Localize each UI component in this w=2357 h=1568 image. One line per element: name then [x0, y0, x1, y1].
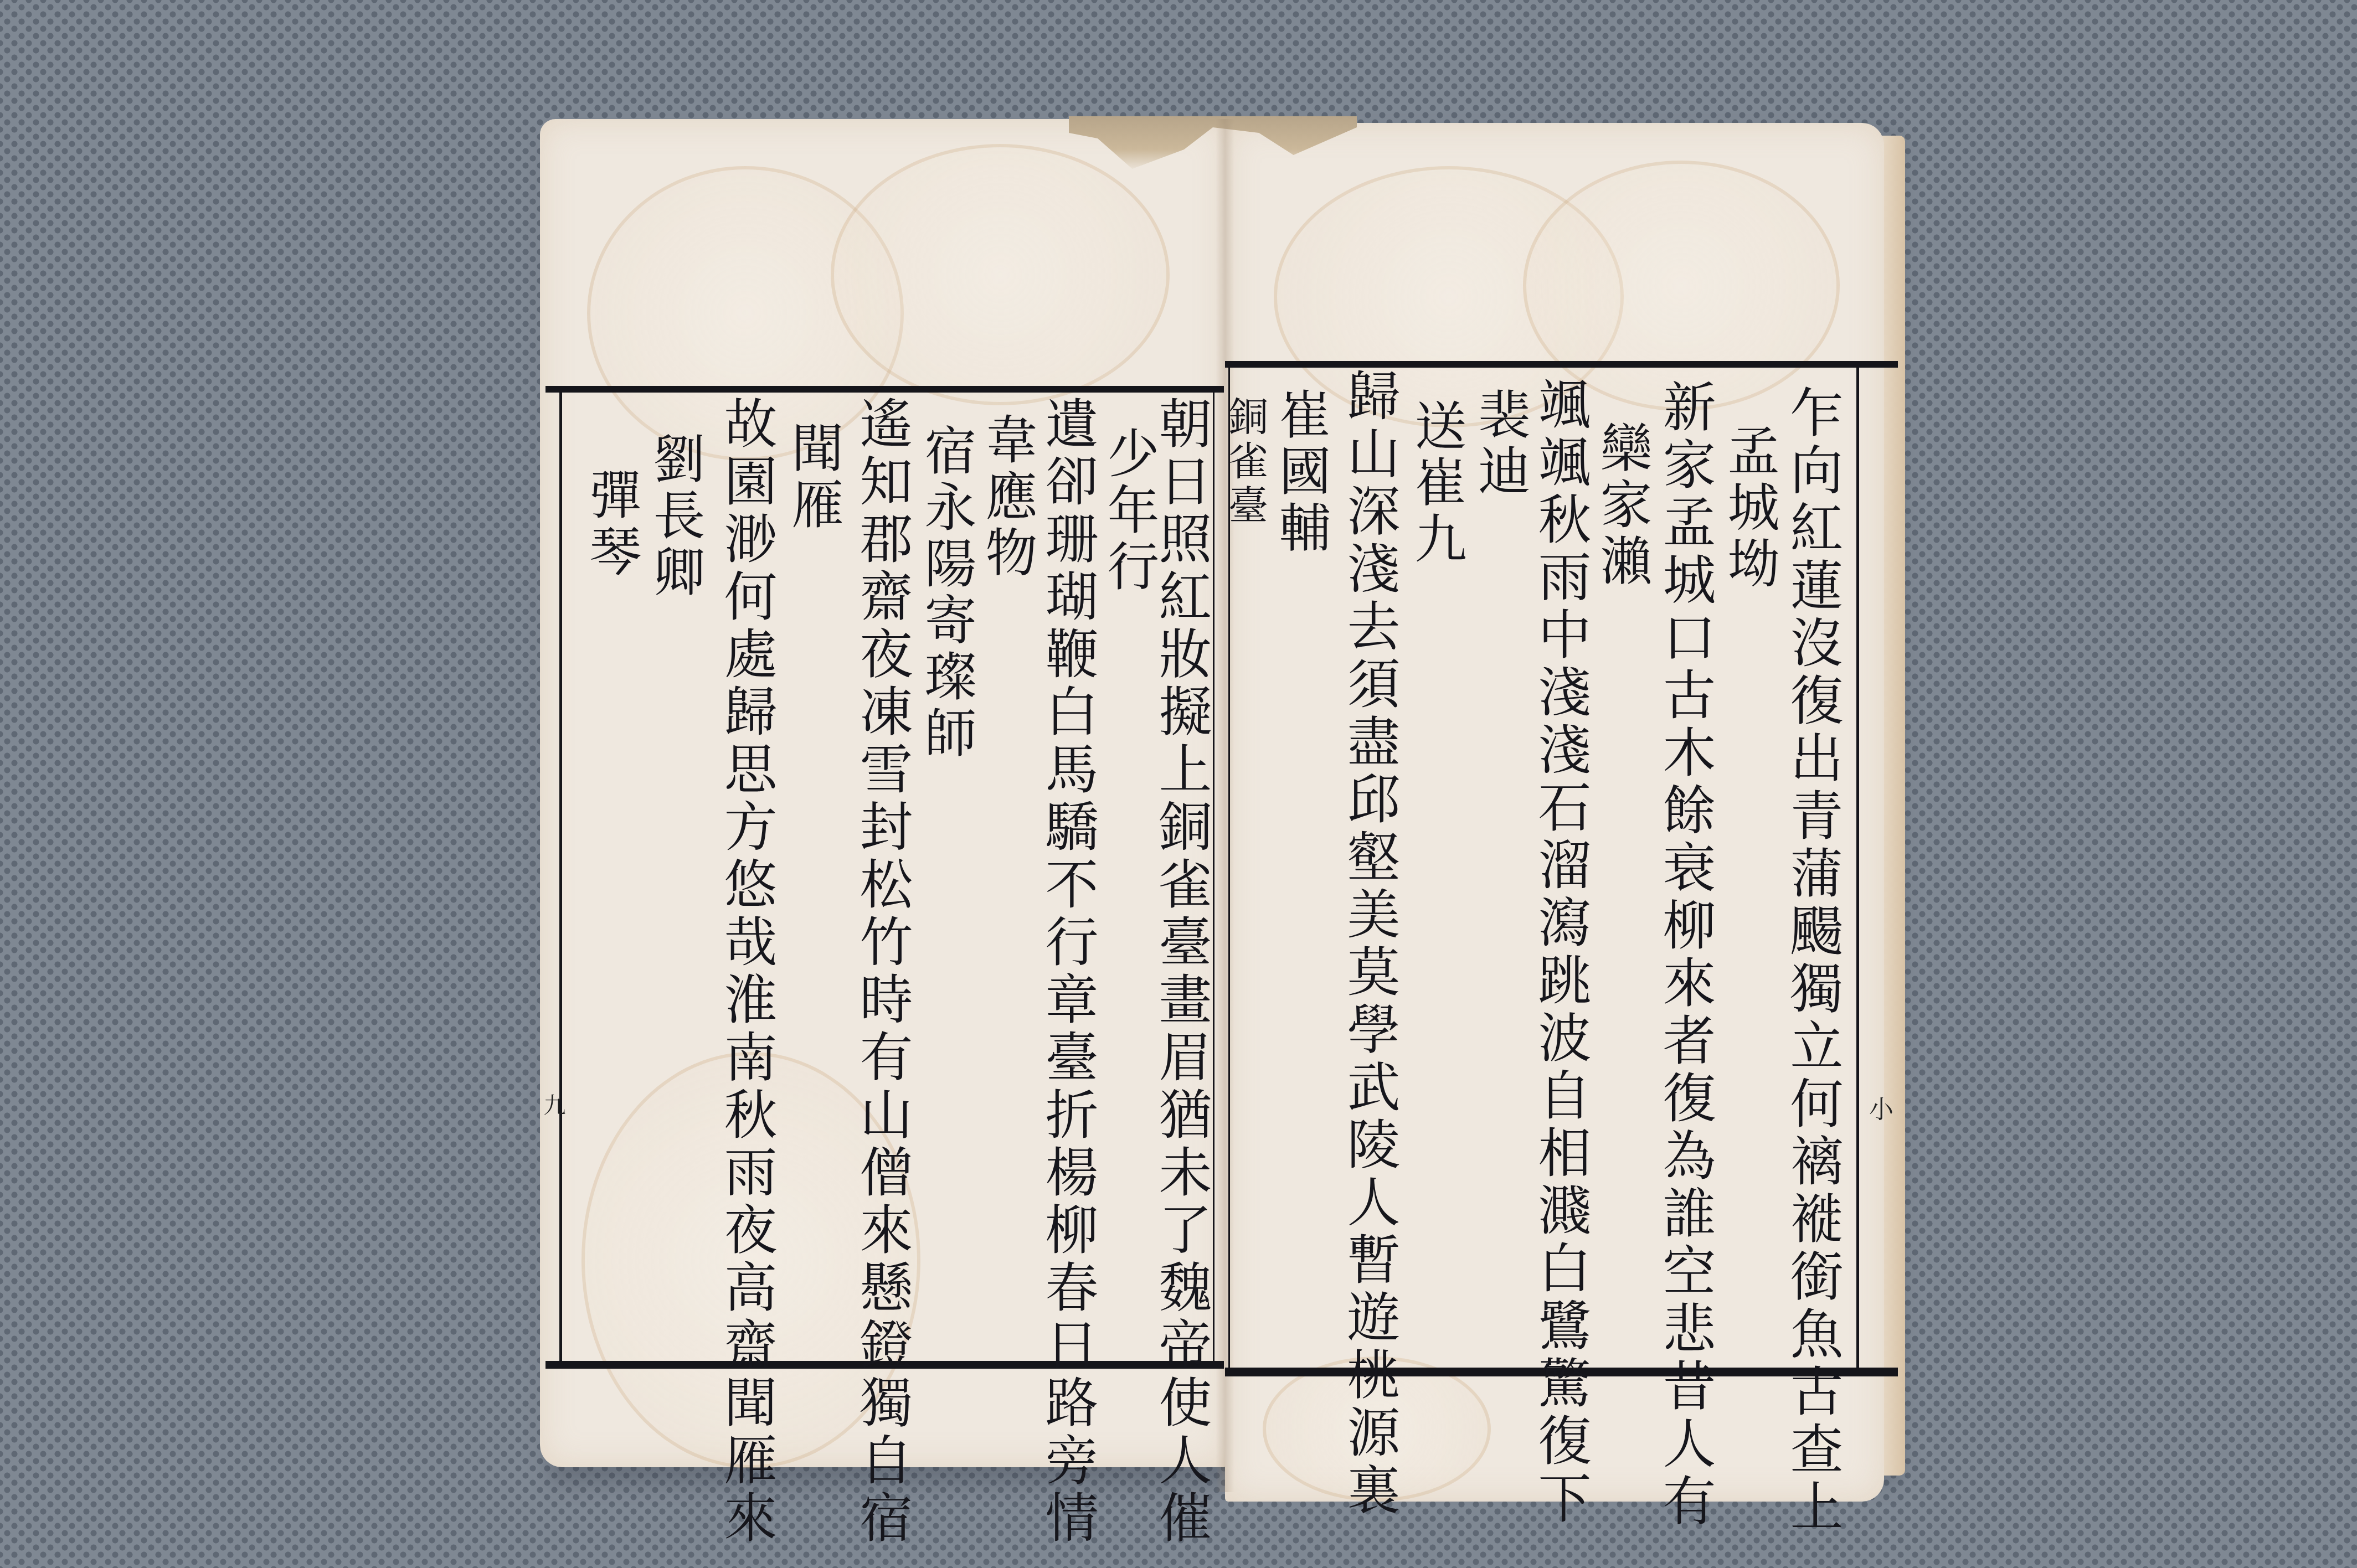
water-stain [831, 144, 1170, 405]
left-frame-outer [559, 392, 562, 1362]
right-col-8: 歸山深淺去須盡邱壑美莫學武陵人暫遊桃源裏 [1343, 368, 1396, 1520]
left-col-1: 朝日照紅妝擬上銅雀臺畫眉猶未了魏帝使人催 [1155, 396, 1208, 1548]
right-frame-outer [1856, 367, 1859, 1369]
left-col-3: 遺卻珊瑚鞭白馬驕不行章臺折楊柳春日路旁情 [1041, 396, 1094, 1548]
right-top-rule [1225, 361, 1898, 368]
water-stain [1523, 161, 1840, 411]
right-col-2: 孟城坳 [1722, 424, 1774, 593]
left-col-4: 韋應物 [980, 412, 1032, 582]
right-col-1: 乍向紅蓮沒復出青蒲颺獨立何褵褷銜魚古查上 [1786, 385, 1839, 1536]
left-col-6: 遙知郡齋夜凍雪封松竹時有山僧來懸鐙獨自宿 [856, 396, 909, 1548]
left-col-7: 聞雁 [786, 421, 838, 534]
right-col-6: 裴迪 [1473, 388, 1525, 501]
right-col-3: 新家孟城口古木餘衰柳來者復為誰空悲昔人有 [1659, 379, 1712, 1531]
left-col-8: 故園渺何處歸思方悠哉淮南秋雨夜高齋聞雁來 [720, 396, 773, 1548]
right-col-9: 崔國輔 [1274, 388, 1326, 557]
right-col-7: 送崔九 [1409, 399, 1461, 568]
left-col-5: 宿永陽寄璨師 [919, 424, 971, 762]
left-col-9: 劉長卿 [648, 432, 700, 601]
right-col-10: 銅雀臺 [1225, 396, 1265, 529]
right-margin-mark: 小 [1861, 1096, 1896, 1121]
right-col-5: 颯颯秋雨中淺淺石溜瀉跳波自相濺白鷺驚復下 [1534, 376, 1587, 1528]
right-col-4: 欒家瀨 [1595, 421, 1647, 590]
left-margin-mark: 九 [537, 1094, 569, 1116]
left-frame-inner [1213, 392, 1214, 1362]
book-gutter [1216, 119, 1234, 1492]
left-col-2: 少年行 [1102, 426, 1154, 596]
left-col-10: 彈琴 [584, 468, 636, 581]
left-top-rule [545, 386, 1224, 393]
